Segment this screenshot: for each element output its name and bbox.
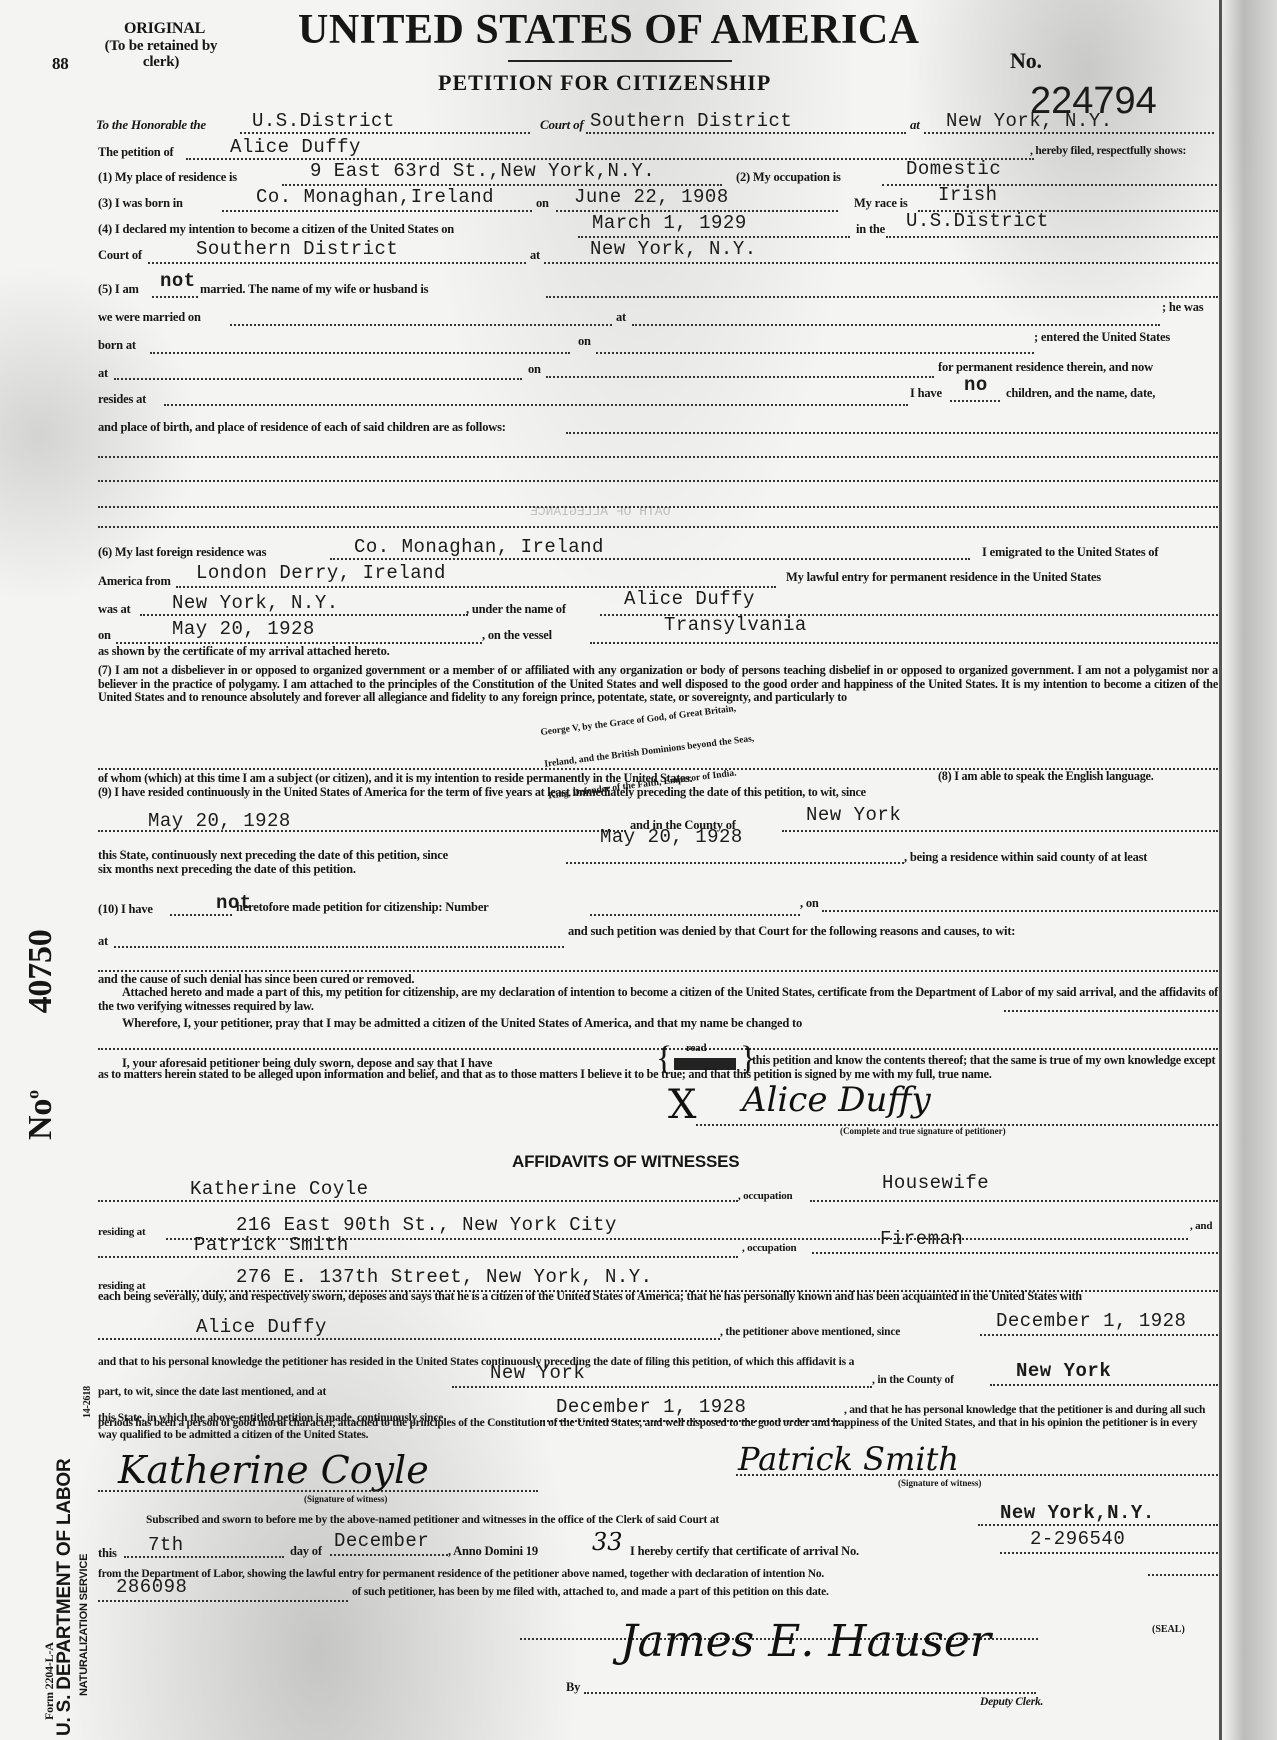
wherefore-label: Wherefore, I, your petitioner, pray that… xyxy=(122,1016,802,1031)
title-underline xyxy=(508,60,732,62)
declared-in-the-label: in the xyxy=(856,222,885,237)
witness-2-occupation: Fireman xyxy=(880,1228,963,1250)
residence-value: 9 East 63rd St.,New York,N.Y. xyxy=(310,160,655,182)
certificate-note: as shown by the certificate of my arriva… xyxy=(98,644,390,659)
entered-label: ; entered the United States xyxy=(1034,330,1170,345)
clerk-signature: James E. Hauser xyxy=(620,1616,991,1667)
residence-label: (1) My place of residence is xyxy=(98,170,237,185)
document-subtitle: PETITION FOR CITIZENSHIP xyxy=(438,70,771,96)
affidavit-county-label: , in the County of xyxy=(872,1374,954,1386)
this-label: this xyxy=(98,1546,117,1561)
affidavits-heading: AFFIDAVITS OF WITNESSES xyxy=(512,1152,739,1172)
born-label: (3) I was born in xyxy=(98,196,183,211)
witness-1-signature: Katherine Coyle xyxy=(118,1448,429,1492)
filed-with-label: of such petitioner, has been by me filed… xyxy=(352,1586,829,1598)
witness-1-address: 216 East 90th St., New York City xyxy=(236,1214,617,1236)
original-note: (To be retained by clerk) xyxy=(96,38,226,70)
resided-since-value: May 20, 1928 xyxy=(148,810,291,832)
deputy-clerk-label: Deputy Clerk. xyxy=(980,1696,1043,1708)
english-label: (8) I am able to speak the English langu… xyxy=(938,770,1154,784)
emigrated-label: I emigrated to the United States of xyxy=(982,545,1158,560)
arrival-cert-no-value: 2-296540 xyxy=(1030,1528,1125,1550)
witness-2-occupation-label: , occupation xyxy=(742,1242,796,1254)
knowledge-text: and that to his personal knowledge the p… xyxy=(98,1356,854,1368)
resided-label: (9) I have resided continuously in the U… xyxy=(98,786,1218,800)
margin-service: NATURALIZATION SERVICE xyxy=(78,1554,90,1696)
children-label-3: and place of birth, and place of residen… xyxy=(98,420,506,435)
margin-stamp-number: Noo 40750 xyxy=(22,929,60,1140)
character-text: , and that he has personal knowledge tha… xyxy=(98,1404,1218,1442)
acquainted-petitioner-name: Alice Duffy xyxy=(196,1316,327,1338)
last-residence-value: Co. Monaghan, Ireland xyxy=(354,536,604,558)
witness-1-occupation: Housewife xyxy=(882,1172,989,1194)
known-since-label: , the petitioner above mentioned, since xyxy=(720,1326,900,1338)
allegiance-paragraph: (7) I am not a disbeliever in or opposed… xyxy=(98,664,1218,705)
day-of-label: day of xyxy=(290,1544,322,1559)
anno-label: , Anno Domini 19 xyxy=(448,1544,538,1559)
margin-form-code: 14-2618 xyxy=(82,1386,93,1418)
he-was-label: ; he was xyxy=(1162,300,1203,315)
read-option: read xyxy=(686,1042,706,1054)
witness-1-signature-caption: (Signature of witness) xyxy=(304,1494,387,1504)
petition-of-label: The petition of xyxy=(98,145,173,160)
witness-1-residing-label: residing at xyxy=(98,1226,145,1238)
married-label-2: married. The name of my wife or husband … xyxy=(200,282,428,297)
month-value: December xyxy=(334,1530,429,1552)
children-label-2: children, and the name, date, xyxy=(1006,386,1155,401)
occupation-label: (2) My occupation is xyxy=(736,170,841,185)
witness-2-signature-caption: (Signature of witness) xyxy=(898,1478,981,1488)
was-at-label: was at xyxy=(98,602,130,617)
original-label: ORIGINAL xyxy=(124,20,205,38)
arrival-on-label: on xyxy=(98,628,111,643)
margin-department: U. S. DEPARTMENT OF LABOR xyxy=(54,1458,76,1736)
declared-date-value: March 1, 1929 xyxy=(592,212,747,234)
court-location: New York, N.Y. xyxy=(946,110,1113,132)
prior-at-label: at xyxy=(98,934,108,949)
emigrated-from-value: London Derry, Ireland xyxy=(196,562,446,584)
to-honorable-label: To the Honorable the xyxy=(96,117,206,133)
entry-name-value: Alice Duffy xyxy=(624,588,755,610)
margin-stamp-no-label: No xyxy=(22,1099,59,1140)
declared-label: (4) I declared my intention to become a … xyxy=(98,222,454,237)
affidavit-county-value: New York xyxy=(1016,1360,1111,1382)
court-name: U.S.District xyxy=(252,110,395,132)
document-page: 88 ORIGINAL (To be retained by clerk) UN… xyxy=(0,0,1277,1740)
arrival-date-value: May 20, 1928 xyxy=(172,618,315,640)
petitioner-name: Alice Duffy xyxy=(230,136,361,158)
resided-at-value: New York xyxy=(490,1362,585,1384)
attached-label: Attached hereto and made a part of this,… xyxy=(98,986,1218,1013)
county-value: New York xyxy=(806,804,901,826)
vessel-value: Transylvania xyxy=(664,614,807,636)
declared-at-label: at xyxy=(530,248,540,263)
permanent-label: for permanent residence therein, and now xyxy=(938,360,1153,375)
prior-on-label: , on xyxy=(800,896,819,911)
vessel-label: , on the vessel xyxy=(482,628,552,643)
children-count-value: no xyxy=(964,374,988,396)
certify-label: I hereby certify that certificate of arr… xyxy=(630,1544,859,1559)
petitioner-signature-caption: (Complete and true signature of petition… xyxy=(840,1126,1006,1136)
stamp-line-1: George V, by the Grace of God, of Great … xyxy=(540,702,751,738)
married-at-label: at xyxy=(616,310,626,325)
six-months-label: six months next preceding the date of th… xyxy=(98,862,356,877)
day-value: 7th xyxy=(148,1534,184,1556)
born-on-label-2: on xyxy=(578,334,591,349)
petitioner-mark: X xyxy=(668,1082,696,1128)
married-status-value: not xyxy=(160,270,196,292)
oath-ghost-text: OATH OF ALLEGIANCE xyxy=(530,504,670,519)
residence-within-label: , being a residence within said county o… xyxy=(904,850,1147,865)
margin-number: 88 xyxy=(52,54,69,74)
declaration-no-value: 286098 xyxy=(116,1576,187,1598)
stamp-line-2: Ireland, and the British Dominions beyon… xyxy=(544,734,755,770)
prior-label-1: (10) I have xyxy=(98,902,153,917)
seal-label: (SEAL) xyxy=(1152,1624,1185,1635)
witness-2-address: 276 E. 137th Street, New York, N.Y. xyxy=(236,1266,653,1288)
petitioner-signature: Alice Duffy xyxy=(742,1080,931,1120)
by-label: By xyxy=(566,1680,580,1695)
declared-court-value: U.S.District xyxy=(906,210,1049,232)
subject-label: of whom (which) at this time I am a subj… xyxy=(98,772,692,786)
married-on-label: we were married on xyxy=(98,310,201,325)
resides-label: resides at xyxy=(98,392,146,407)
subscribed-label: Subscribed and sworn to before me by the… xyxy=(146,1514,719,1526)
court-of-label: Court of xyxy=(540,117,584,133)
entered-at-label: at xyxy=(98,366,108,381)
race-value: Irish xyxy=(938,184,998,206)
entered-on-label: on xyxy=(528,362,541,377)
declared-location-value: New York, N.Y. xyxy=(590,238,757,260)
year-suffix-value: 33 xyxy=(592,1528,623,1556)
prior-denied-label: and such petition was denied by that Cou… xyxy=(568,924,1015,939)
department-label: from the Department of Labor, showing th… xyxy=(98,1568,824,1580)
witness-1-occupation-label: , occupation xyxy=(738,1190,792,1202)
prior-label-2: heretofore made petition for citizenship… xyxy=(236,900,489,915)
birthplace-value: Co. Monaghan,Ireland xyxy=(256,186,494,208)
document-title: UNITED STATES OF AMERICA xyxy=(298,6,920,54)
america-from-label: America from xyxy=(98,574,171,589)
state-since-value: May 20, 1928 xyxy=(600,826,743,848)
known-since-value: December 1, 1928 xyxy=(996,1310,1186,1332)
born-at-label: born at xyxy=(98,338,136,353)
declared-district-value: Southern District xyxy=(196,238,398,260)
last-residence-label: (6) My last foreign residence was xyxy=(98,545,266,560)
court-at-label: at xyxy=(910,117,920,133)
margin-stamp-number-value: 40750 xyxy=(22,929,59,1013)
office-location-value: New York,N.Y. xyxy=(1000,1502,1155,1524)
witness-1-name: Katherine Coyle xyxy=(190,1178,369,1200)
occupation-value: Domestic xyxy=(906,158,1001,180)
number-label: No. xyxy=(1010,48,1042,74)
birth-date-value: June 22, 1908 xyxy=(574,186,729,208)
born-on-label: on xyxy=(536,196,549,211)
part-label: part, to wit, since the date last mentio… xyxy=(98,1386,326,1398)
state-since-label: this State, continuously next preceding … xyxy=(98,848,448,863)
page-edge-shadow xyxy=(1219,0,1277,1740)
filed-label: , hereby filed, respectfully shows: xyxy=(1030,145,1186,157)
entry-port-value: New York, N.Y. xyxy=(172,592,339,614)
sworn-label-2: this petition and know the contents ther… xyxy=(98,1054,1218,1081)
children-label-1: I have xyxy=(910,386,942,401)
witness-2-name: Patrick Smith xyxy=(194,1234,349,1256)
and-label: , and xyxy=(1190,1220,1212,1232)
witness-sworn-text: each being severally, duly, and respecti… xyxy=(98,1290,1218,1304)
declared-court-of-label: Court of xyxy=(98,248,142,263)
race-label: My race is xyxy=(854,196,908,211)
witness-2-signature: Patrick Smith xyxy=(738,1440,959,1478)
lawful-entry-label: My lawful entry for permanent residence … xyxy=(786,570,1101,585)
married-label-1: (5) I am xyxy=(98,282,139,297)
court-district: Southern District xyxy=(590,110,792,132)
under-name-label: , under the name of xyxy=(466,602,566,617)
